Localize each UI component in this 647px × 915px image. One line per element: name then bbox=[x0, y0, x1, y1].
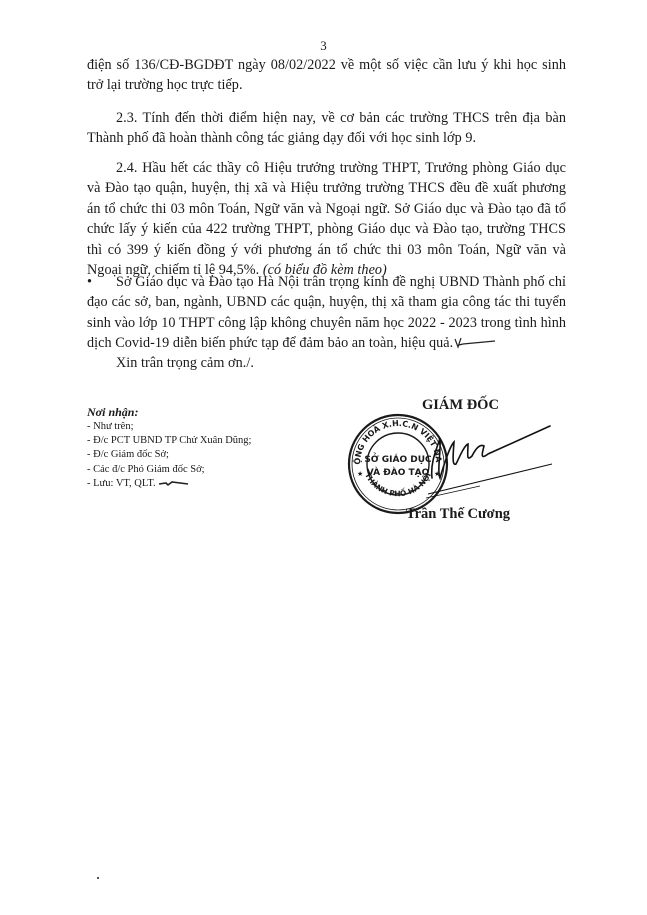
scan-artifact bbox=[97, 877, 99, 879]
recipients-block: Nơi nhận: - Như trên; - Đ/c PCT UBND TP … bbox=[87, 404, 251, 491]
signature-icon bbox=[410, 416, 555, 506]
initial-mark-icon bbox=[453, 336, 497, 350]
recipient-item: - Đ/c PCT UBND TP Chử Xuân Dũng; bbox=[87, 434, 251, 448]
paragraph-2-4: 2.4. Hầu hết các thầy cô Hiệu trưởng trư… bbox=[87, 158, 566, 280]
signer-name: Trần Thế Cương bbox=[406, 506, 510, 523]
bullet-marker: • bbox=[87, 272, 116, 292]
recipient-item: - Đ/c Giám đốc Sở; bbox=[87, 448, 251, 462]
paragraph-2-3: 2.3. Tính đến thời điểm hiện nay, về cơ … bbox=[87, 108, 566, 149]
paragraph-continuation: điện số 136/CĐ-BGDĐT ngày 08/02/2022 về … bbox=[87, 55, 566, 96]
recipient-item: - Các đ/c Phó Giám đốc Sở; bbox=[87, 463, 251, 477]
recipient-item: - Như trên; bbox=[87, 420, 251, 434]
page-number: 3 bbox=[0, 38, 647, 54]
paragraph-2-4-text: 2.4. Hầu hết các thầy cô Hiệu trưởng trư… bbox=[87, 160, 566, 278]
recipients-title: Nơi nhận: bbox=[87, 404, 251, 420]
closing-line: Xin trân trọng cảm ơn./. bbox=[87, 353, 566, 373]
recipient-item: - Lưu: VT, QLT. bbox=[87, 477, 251, 491]
paragraph-request: •Sở Giáo dục và Đào tạo Hà Nội trân trọn… bbox=[87, 272, 566, 354]
initial-mark-icon bbox=[158, 478, 190, 488]
signer-block: GIÁM ĐỐC CỘNG HOÀ X.H.C.N VIỆT NAM THÀNH… bbox=[340, 392, 560, 532]
svg-text:★: ★ bbox=[357, 470, 363, 478]
